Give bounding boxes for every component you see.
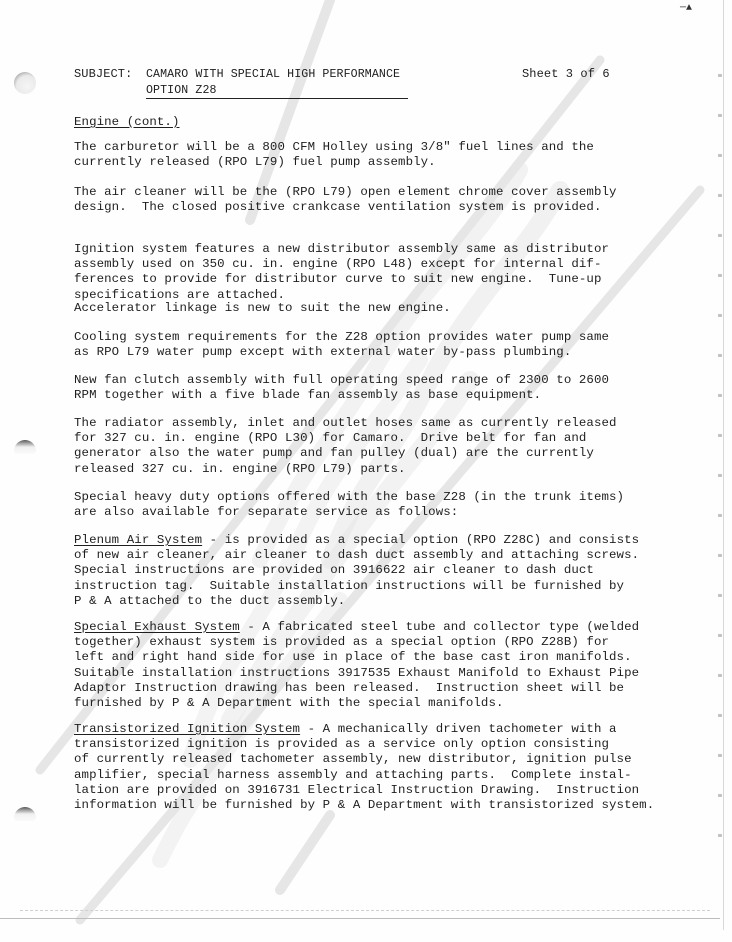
text-line: Accelerator linkage is new to suit the n…	[74, 301, 654, 316]
text-line: The air cleaner will be the (RPO L79) op…	[74, 185, 654, 200]
scanned-page: ─▲ SUBJECT: CAMARO WITH SPECIAL HIGH PER…	[0, 0, 732, 942]
paragraph: Ignition system features a new distribut…	[74, 242, 654, 303]
text-line: Ignition system features a new distribut…	[74, 242, 654, 257]
text-line: information will be furnished by P & A D…	[74, 798, 654, 813]
text-line: of new air cleaner, air cleaner to dash …	[74, 548, 654, 563]
text-line: New fan clutch assembly with full operat…	[74, 373, 654, 388]
text-line: of currently released tachometer assembl…	[74, 752, 654, 767]
paragraph: Accelerator linkage is new to suit the n…	[74, 301, 654, 316]
scan-corner-mark: ─▲	[680, 3, 692, 14]
option-paragraph: Special Exhaust System - A fabricated st…	[74, 620, 654, 711]
text-line: Cooling system requirements for the Z28 …	[74, 330, 654, 345]
text-line: Special Exhaust System - A fabricated st…	[74, 620, 654, 635]
text-line: for 327 cu. in. engine (RPO L30) for Cam…	[74, 431, 654, 446]
text-line: Special instructions are provided on 391…	[74, 563, 654, 578]
text-line: as RPO L79 water pump except with extern…	[74, 345, 654, 360]
option-text: - is provided as a special option (RPO Z…	[202, 533, 639, 547]
paragraph: Special heavy duty options offered with …	[74, 490, 654, 520]
text-line: furnished by P & A Department with the s…	[74, 696, 654, 711]
sheet-number: Sheet 3 of 6	[522, 67, 610, 82]
subject-line: CAMARO WITH SPECIAL HIGH PERFORMANCE	[146, 67, 416, 83]
text-line: RPM together with a five blade fan assem…	[74, 388, 654, 403]
text-line: Plenum Air System - is provided as a spe…	[74, 533, 654, 548]
paragraph: The carburetor will be a 800 CFM Holley …	[74, 140, 654, 170]
text-line: Special heavy duty options offered with …	[74, 490, 654, 505]
hole-punch-icon	[14, 72, 36, 94]
section-heading: Engine (cont.)	[74, 115, 180, 130]
paragraph: Cooling system requirements for the Z28 …	[74, 330, 654, 360]
option-text: - A mechanically driven tachometer with …	[300, 722, 617, 736]
page-edge-marks	[718, 60, 722, 840]
subject-label: SUBJECT:	[74, 67, 132, 82]
text-line: instruction tag. Suitable installation i…	[74, 579, 654, 594]
text-line: are also available for separate service …	[74, 505, 654, 520]
page-edge-line	[723, 0, 724, 930]
paragraph: The air cleaner will be the (RPO L79) op…	[74, 185, 654, 215]
text-line: assembly used on 350 cu. in. engine (RPO…	[74, 257, 654, 272]
option-title: Transistorized Ignition System	[74, 722, 300, 736]
bottom-page-edge	[0, 918, 720, 919]
option-text: - A fabricated steel tube and collector …	[240, 620, 639, 634]
text-line: Suitable installation instructions 39175…	[74, 666, 654, 681]
paragraph: The radiator assembly, inlet and outlet …	[74, 416, 654, 477]
text-line: The carburetor will be a 800 CFM Holley …	[74, 140, 654, 155]
text-line: together) exhaust system is provided as …	[74, 635, 654, 650]
text-line: The radiator assembly, inlet and outlet …	[74, 416, 654, 431]
option-title: Special Exhaust System	[74, 620, 240, 634]
option-paragraph: Transistorized Ignition System - A mecha…	[74, 722, 654, 813]
subject-underline	[146, 98, 408, 99]
text-line: left and right hand side for use in plac…	[74, 650, 654, 665]
bottom-scan-dash	[20, 910, 710, 912]
text-line: generator also the water pump and fan pu…	[74, 446, 654, 461]
text-line: transistorized ignition is provided as a…	[74, 737, 654, 752]
subject-title: CAMARO WITH SPECIAL HIGH PERFORMANCE OPT…	[146, 67, 416, 98]
text-line: Transistorized Ignition System - A mecha…	[74, 722, 654, 737]
text-line: Adaptor Instruction drawing has been rel…	[74, 681, 654, 696]
subject-line: OPTION Z28	[146, 83, 416, 99]
option-paragraph: Plenum Air System - is provided as a spe…	[74, 533, 654, 609]
text-line: amplifier, special harness assembly and …	[74, 768, 654, 783]
paragraph: New fan clutch assembly with full operat…	[74, 373, 654, 403]
text-line: P & A attached to the duct assembly.	[74, 594, 654, 609]
text-line: ferences to provide for distributor curv…	[74, 272, 654, 287]
text-line: design. The closed positive crankcase ve…	[74, 200, 654, 215]
hole-punch-icon	[14, 807, 36, 821]
text-line: currently released (RPO L79) fuel pump a…	[74, 155, 654, 170]
hole-punch-icon	[14, 440, 36, 454]
option-title: Plenum Air System	[74, 533, 202, 547]
text-line: released 327 cu. in. engine (RPO L79) pa…	[74, 462, 654, 477]
text-line: lation are provided on 3916731 Electrica…	[74, 783, 654, 798]
